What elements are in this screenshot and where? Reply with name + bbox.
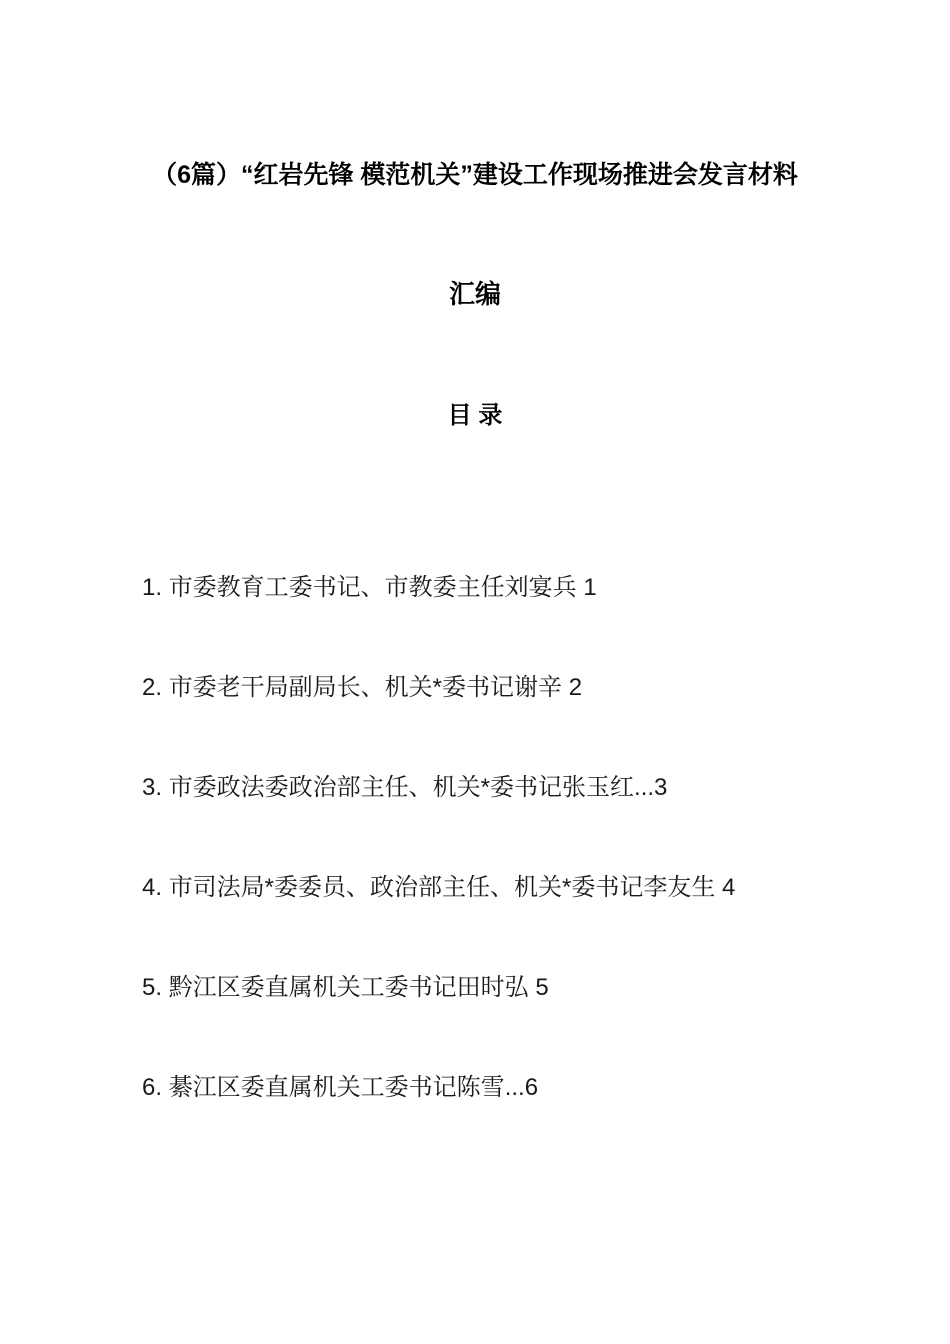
toc-item-title: 市司法局*委委员、政治部主任、机关*委书记李友生 bbox=[169, 874, 716, 901]
toc-item-number: 6. bbox=[142, 1074, 169, 1101]
toc-item-separator: ... bbox=[634, 774, 654, 801]
toc-item-page: 5 bbox=[535, 974, 548, 1001]
toc-item-page: 6 bbox=[525, 1074, 538, 1101]
toc-item-separator bbox=[562, 674, 569, 701]
toc-item-title: 市委政法委政治部主任、机关*委书记张玉红 bbox=[169, 774, 634, 801]
toc-item-number: 2. bbox=[142, 674, 169, 701]
toc-item[interactable]: 5. 黔江区委直属机关工委书记田时弘 5 bbox=[142, 972, 808, 1003]
toc-list: 1. 市委教育工委书记、市教委主任刘宴兵 1 2. 市委老干局副局长、机关*委书… bbox=[142, 572, 808, 1103]
toc-item-page: 2 bbox=[569, 674, 582, 701]
toc-item-number: 5. bbox=[142, 974, 169, 1001]
toc-item[interactable]: 4. 市司法局*委委员、政治部主任、机关*委书记李友生 4 bbox=[142, 872, 808, 903]
toc-item-number: 4. bbox=[142, 874, 169, 901]
toc-item-title: 綦江区委直属机关工委书记陈雪 bbox=[169, 1074, 505, 1101]
document-subtitle: 汇编 bbox=[142, 277, 808, 311]
toc-item[interactable]: 2. 市委老干局副局长、机关*委书记谢辛 2 bbox=[142, 672, 808, 703]
toc-item-page: 4 bbox=[722, 874, 735, 901]
toc-item-title: 黔江区委直属机关工委书记田时弘 bbox=[169, 974, 529, 1001]
toc-item-title: 市委教育工委书记、市教委主任刘宴兵 bbox=[169, 574, 577, 601]
toc-item-page: 1 bbox=[583, 574, 596, 601]
document-page: （6篇）“红岩先锋 模范机关”建设工作现场推进会发言材料 汇编 目 录 1. 市… bbox=[0, 0, 950, 1344]
toc-item-number: 3. bbox=[142, 774, 169, 801]
document-title: （6篇）“红岩先锋 模范机关”建设工作现场推进会发言材料 bbox=[142, 159, 808, 192]
toc-item[interactable]: 6. 綦江区委直属机关工委书记陈雪...6 bbox=[142, 1072, 808, 1103]
toc-item[interactable]: 1. 市委教育工委书记、市教委主任刘宴兵 1 bbox=[142, 572, 808, 603]
toc-item-separator: ... bbox=[505, 1074, 525, 1101]
toc-heading: 目 录 bbox=[142, 400, 808, 431]
toc-item[interactable]: 3. 市委政法委政治部主任、机关*委书记张玉红...3 bbox=[142, 772, 808, 803]
toc-item-page: 3 bbox=[654, 774, 667, 801]
toc-item-title: 市委老干局副局长、机关*委书记谢辛 bbox=[169, 674, 562, 701]
toc-item-number: 1. bbox=[142, 574, 169, 601]
